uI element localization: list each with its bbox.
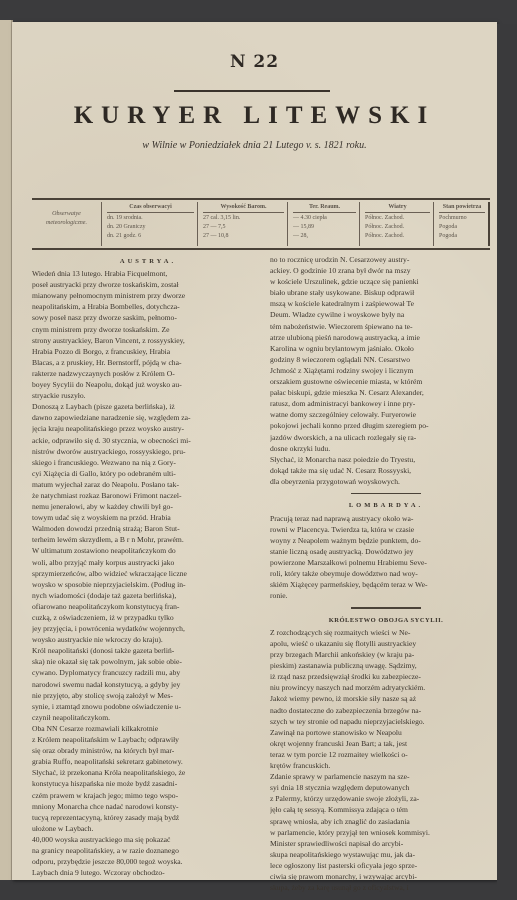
text-line: rowni w Placencya. Twierdza ta, która w … bbox=[270, 524, 502, 535]
text-line: cnym ministrem przy dworze toskańskim. Z… bbox=[32, 324, 264, 335]
text-line: sprzymierzeńców, albo widzieć wkraczając… bbox=[32, 568, 264, 579]
text-line: ofiarowano neapolitańczykom konstytucyą … bbox=[32, 601, 264, 612]
text-line: mszą w kościele katedralnym i zaśpiewowa… bbox=[270, 298, 502, 309]
issue-number: N 22 bbox=[12, 52, 497, 72]
text-line: strony austryackiey, Baron Vincent, z ro… bbox=[32, 335, 264, 346]
text-line: Walmoden dowodzi przednią strażą; Baron … bbox=[32, 523, 264, 534]
text-line: jęło całą tę sessyą. Kommissya zdająca o… bbox=[270, 804, 502, 815]
text-line: synie, i ztamtąd znowu podobne oświadcze… bbox=[32, 701, 264, 712]
weather-label: Obserwatye meteorologiczne. bbox=[32, 202, 102, 246]
text-line: Wiedeń dnia 13 lutego. Hrabia Ficquelmon… bbox=[32, 268, 264, 279]
text-line: Słychać, iż Monarcha nasz poiedzie do Tr… bbox=[270, 454, 502, 465]
text-line: niu prowincyy naszych nad morzém adryaty… bbox=[270, 682, 502, 693]
text-line: woyny z Neapolem ważnym będzie punktem, … bbox=[270, 535, 502, 546]
text-line: narodowi swemu nadał konstytucyą, a gdyb… bbox=[32, 679, 264, 690]
text-line: okręt wojenny francuski Jean Bart; a tak… bbox=[270, 738, 502, 749]
text-line: 40,000 woyska austryackiego ma się pokaz… bbox=[32, 834, 264, 845]
text-line: jęcia kraju neapolitańskiego przez woysk… bbox=[32, 423, 264, 434]
text-line: sowy poseł nasz przy dworze saskim, pełn… bbox=[32, 312, 264, 323]
text-line: jazdów dworskich, a na ulicach rozlegały… bbox=[270, 432, 502, 443]
text-line: przy brzegach Marchii ankońskiey (w kraj… bbox=[270, 649, 502, 660]
text-line: terheim lewém skrzydłem, a B r n Mohr, p… bbox=[32, 534, 264, 545]
text-line: towym udać się z woyskiem na przód. Hrab… bbox=[32, 512, 264, 523]
text-line: krętów francuskich. bbox=[270, 760, 502, 771]
article-two-sicilies: Z rozchodzących się rozmaitych wieści w … bbox=[270, 627, 502, 893]
text-line: pieskim) zastanawia publiczną uwagę. Sąd… bbox=[270, 660, 502, 671]
text-line: watne domy szczególniey celowały. Furyer… bbox=[270, 409, 502, 420]
text-line: szych w tey stronie od napadu nieprzyjac… bbox=[270, 716, 502, 727]
text-line: stryackie ruszyło. bbox=[32, 390, 264, 401]
text-line: z Palermy, którzy urzędowanie swoje złoż… bbox=[270, 793, 502, 804]
article-austria-continued: no to rocznicę urodzin N. Cesarzowey aus… bbox=[270, 254, 502, 487]
text-line: Laybach dnia 9 lutego. Wczoray obchodzo- bbox=[32, 867, 264, 878]
text-line: nemu jenerałowi, aby w każdey chwili był… bbox=[32, 501, 264, 512]
text-line: na granicy neapolitańskiey, a w razie do… bbox=[32, 845, 264, 856]
text-line: cuzką, z oświadczeniem, iż w przypadku t… bbox=[32, 612, 264, 623]
text-line: iż rząd nasz przedsięwziął środki ku zab… bbox=[270, 671, 502, 682]
text-line: w kościele Urszulinek, gdzie uczące się … bbox=[270, 276, 502, 287]
text-line: biało ubrane stały usykowane. Biskup odp… bbox=[270, 287, 502, 298]
text-line: czém prawem w krajach jego; mimo tego ws… bbox=[32, 790, 264, 801]
text-line: woysko austryackie nie wkroczy do kraju)… bbox=[32, 634, 264, 645]
right-column: no to rocznicę urodzin N. Cesarzowey aus… bbox=[270, 254, 502, 893]
text-line: ackie, odprawiło się d. 30 stycznia, w o… bbox=[32, 435, 264, 446]
weather-col-thermometer: Ter. Reaum. — 4.30 ciepła — 15,89 — 28, bbox=[290, 202, 360, 246]
text-line: konstytucya hiszpańska nie może bydź zas… bbox=[32, 778, 264, 789]
text-line: dokąd także ma się udać N. Cesarz Rossyy… bbox=[270, 465, 502, 476]
newspaper-page: N 22 KURYER LITEWSKI w Wilnie w Poniedzi… bbox=[12, 22, 497, 880]
text-line: ackiey. O godzinie 10 zrana był dwór na … bbox=[270, 265, 502, 276]
text-line: Oba NN Cesarze rozmawiali kilkakrotnie bbox=[32, 723, 264, 734]
weather-col-sky: Stan powietrza Pochmurno Pogoda Pogoda bbox=[436, 202, 490, 246]
section-heading-austria: AUSTRYA. bbox=[32, 256, 264, 267]
text-line: tém nabożeństwie. Wieczorem śpiewano na … bbox=[270, 321, 502, 332]
text-line: dawno zapowiedziane naradzenie się, wzgl… bbox=[32, 412, 264, 423]
text-line: atrze ulubioną pieśń narodową austryacką… bbox=[270, 332, 502, 343]
text-line: ułożone w Laybach. bbox=[32, 823, 264, 834]
text-line: Król neapolitański (donosi także gazeta … bbox=[32, 645, 264, 656]
text-line: stanie liczną osadę austryacką. Dowództw… bbox=[270, 546, 502, 557]
text-line: Z rozchodzących się rozmaitych wieści w … bbox=[270, 627, 502, 638]
text-line: Donoszą z Laybach (pisze gazeta berlińsk… bbox=[32, 401, 264, 412]
text-line: woli, albo przyjąć mały korpus austryack… bbox=[32, 557, 264, 568]
text-line: dla obeyrzenia przygotowań woyskowych. bbox=[270, 476, 502, 487]
section-heading-two-sicilies: KRÓLESTWO OBOJGA SYCYLII. bbox=[270, 615, 502, 626]
text-line: Karolina w ogniu brylantowym jaśniało. O… bbox=[270, 343, 502, 354]
weather-col-winds: Wiatry Północ. Zachod. Północ. Zachod. P… bbox=[362, 202, 434, 246]
text-line: ratusz, dom administracyi bankowey i inn… bbox=[270, 398, 502, 409]
newspaper-title: KURYER LITEWSKI bbox=[12, 102, 497, 130]
text-line: z Królem neapolitańskim w Laybach; odpra… bbox=[32, 734, 264, 745]
text-line: Deum. Władze cywilne i woyskowe były na bbox=[270, 309, 502, 320]
text-line: nych wiadomości (dodaje taż gazeta berli… bbox=[32, 590, 264, 601]
text-line: pałac biskupi, gdzie mieszka N. Cesarz A… bbox=[270, 387, 502, 398]
text-line: czynił neapolitańczykom. bbox=[32, 712, 264, 723]
text-line: no to rocznicę urodzin N. Cesarzowey aus… bbox=[270, 254, 502, 265]
text-line: poseł austryacki przy dworze toskańskim,… bbox=[32, 279, 264, 290]
text-line: ciwia się prawom monarchy, i wzywając ar… bbox=[270, 871, 502, 882]
title-rule bbox=[174, 90, 330, 92]
left-column: AUSTRYA. Wiedeń dnia 13 lutego. Hrabia F… bbox=[32, 254, 264, 878]
text-line: Minister sprawiedliwości napisał do arcy… bbox=[270, 838, 502, 849]
text-line: nie przyjęto, aby stolicę swoją założył … bbox=[32, 690, 264, 701]
text-line: apolu, wieść o ukazaniu się flotylli aus… bbox=[270, 638, 502, 649]
text-line: nadto dostateczne do zabezpieczenia brze… bbox=[270, 705, 502, 716]
text-line: nistrów dworów austryackiego, rossyyskie… bbox=[32, 446, 264, 457]
text-line: Jchmość z Xiążętami rodziny swojey i lic… bbox=[270, 365, 502, 376]
text-line: cywano. Dyplomatycy francuzcy radzili mu… bbox=[32, 667, 264, 678]
text-line: że natychmiast rozkaz Baronowi Frimont n… bbox=[32, 490, 264, 501]
text-line: godziny 8 wieczorem oglądali NN. Cesarst… bbox=[270, 354, 502, 365]
text-line: Pracują teraz nad naprawą austryacy okoł… bbox=[270, 513, 502, 524]
text-line: rakterze nadzwyczaynych posłów z Królem … bbox=[32, 368, 264, 379]
weather-col-barometer: Wysokość Barom. 27 cal. 3,15 lin. 27 — 7… bbox=[200, 202, 288, 246]
section-separator bbox=[351, 607, 421, 609]
text-line: skiego i francuskiego. Wezwano na nią z … bbox=[32, 457, 264, 468]
text-line: Słychać, iż przekonana Króla neapolitańs… bbox=[32, 767, 264, 778]
text-line: sprawę wniosła, aby ich znaglić do zasia… bbox=[270, 816, 502, 827]
text-line: W ultimatum zostawiono neapolitańczykom … bbox=[32, 545, 264, 556]
text-line: matum wyjechał zaraz do Neapolu. Posłano… bbox=[32, 479, 264, 490]
scanner-background-right bbox=[497, 24, 517, 900]
text-line: skupa neapolitańskiego wystawując mu, ja… bbox=[270, 849, 502, 860]
weather-col-time: Czas obserwacyi dn. 19 srodnia. dn. 20 G… bbox=[104, 202, 198, 246]
text-line: roli, który także obeymuje dowództwo nad… bbox=[270, 568, 502, 579]
text-line: woysko w sposobie nieprzyjacielskim. (Po… bbox=[32, 579, 264, 590]
text-line: dosne okrzyki ludu. bbox=[270, 443, 502, 454]
text-line: Blacas, a z pruskiey, Hr. Bernstorff, pó… bbox=[32, 357, 264, 368]
dateline: w Wilnie w Poniedziałek dnia 21 Lutego v… bbox=[12, 140, 497, 151]
text-line: tucyą reprezentacyyną, którey zasady maj… bbox=[32, 812, 264, 823]
text-line: ska) nie okazał się tak powolnym, jak so… bbox=[32, 656, 264, 667]
text-line: ronie. bbox=[270, 590, 502, 601]
text-line: lece ogłoszony list pasterski oficyała j… bbox=[270, 860, 502, 871]
text-line: jey przyjęcia, i powrócenia wydatków woj… bbox=[32, 623, 264, 634]
article-lombardy: Pracują teraz nad naprawą austryacy okoł… bbox=[270, 513, 502, 602]
torn-page-corner bbox=[427, 22, 497, 42]
text-line: skiém Xiążęcey parmeńskiey, będącém tera… bbox=[270, 579, 502, 590]
text-line: skupa, żeby za karę usunął go z oficyals… bbox=[270, 882, 502, 893]
text-line: grabia Ruffo, neapolitański sekretarz ga… bbox=[32, 756, 264, 767]
text-line: Zawinął na portowe stanowisko w Neapolu bbox=[270, 727, 502, 738]
text-line: mniony Monarcha chce nadać narodowi kons… bbox=[32, 801, 264, 812]
text-line: Zdanie sprawy w parlamencie naszym na sz… bbox=[270, 771, 502, 782]
text-line: w parlamencie, który przyjął ten wniosek… bbox=[270, 827, 502, 838]
section-heading-lombardy: LOMBARDYA. bbox=[270, 500, 502, 511]
text-line: pokojowi jechali konno przed długim szer… bbox=[270, 420, 502, 431]
text-line: Hrabia Pozzo di Borgo, z francuskiey, Hr… bbox=[32, 346, 264, 357]
text-line: powierzone Marszałkowi polnemu Hrabiemu … bbox=[270, 557, 502, 568]
text-line: syi dnia 18 stycznia względem deputowany… bbox=[270, 782, 502, 793]
article-austria: Wiedeń dnia 13 lutego. Hrabia Ficquelmon… bbox=[32, 268, 264, 878]
text-line: teraz w tym porcie 12 rozmaitey wielkośc… bbox=[270, 749, 502, 760]
text-line: boyey Sycylii do Neapolu, dokąd już woys… bbox=[32, 379, 264, 390]
text-line: odporu, przybędzie jeszcze 80,000 tegoż … bbox=[32, 856, 264, 867]
text-line: się oraz obrady ministrów, na których by… bbox=[32, 745, 264, 756]
text-line: mianowany pełnomocnym ministrem przy dwo… bbox=[32, 290, 264, 301]
section-separator bbox=[351, 493, 421, 495]
weather-observations-table: Obserwatye meteorologiczne. Czas obserwa… bbox=[32, 198, 490, 250]
text-line: cyi Xiążęcia di Gallo, który po odebrané… bbox=[32, 468, 264, 479]
text-line: Jakoż wiemy pewno, iż morskie siły nasze… bbox=[270, 693, 502, 704]
text-line: orszakiem gustowne oświecenie miasta, w … bbox=[270, 376, 502, 387]
text-line: neapolitańskim, a Hrabia Bombelles, doty… bbox=[32, 301, 264, 312]
scanner-background-top bbox=[0, 0, 517, 24]
